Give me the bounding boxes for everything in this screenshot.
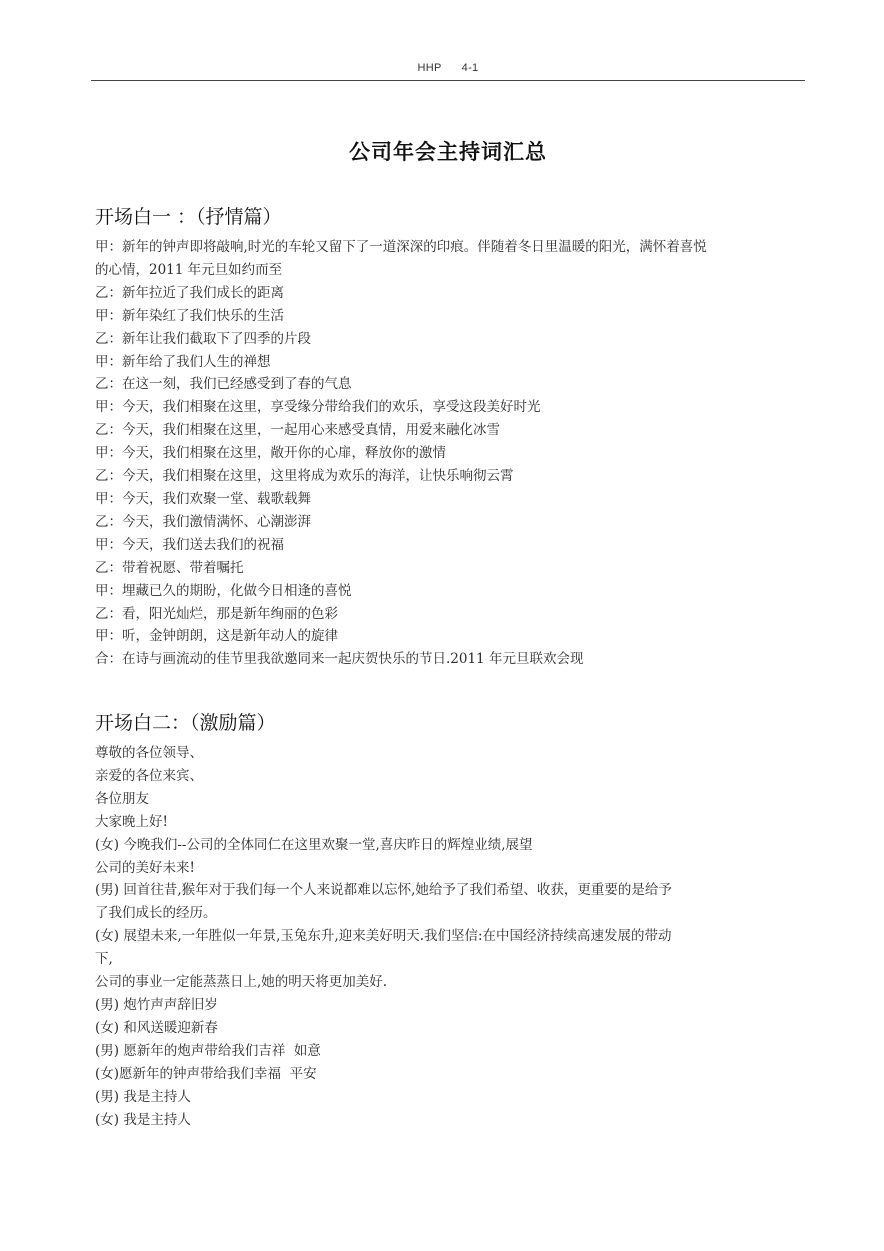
script-line: 合：在诗与画流动的佳节里我欲邀同来一起庆贺快乐的节日.2011 年元旦联欢会现 — [95, 648, 809, 671]
script-line: 乙：新年拉近了我们成长的距离 — [95, 282, 809, 305]
script-line: 了我们成长的经历。 — [95, 902, 809, 925]
script-line: 甲：今天，我们相聚在这里，敞开你的心扉，释放你的激情 — [95, 442, 809, 465]
script-line: 甲：新年染红了我们快乐的生活 — [95, 305, 809, 328]
script-line: (男) 愿新年的炮声带给我们吉祥 如意 — [95, 1040, 809, 1063]
script-line: 乙：今天，我们相聚在这里，这里将成为欢乐的海洋，让快乐响彻云霄 — [95, 465, 809, 488]
script-line: (女) 展望未来,一年胜似一年景,玉兔东升,迎来美好明天.我们坚信:在中国经济持… — [95, 925, 809, 948]
script-line: 乙：今天，我们相聚在这里，一起用心来感受真情，用爱来融化冰雪 — [95, 419, 809, 442]
script-line: 大家晚上好! — [95, 811, 809, 834]
document-title: 公司年会主持词汇总 — [91, 136, 805, 166]
header-right-text: 4-1 — [462, 62, 479, 74]
script-line: 各位朋友 — [95, 788, 809, 811]
script-line: 甲：埋藏已久的期盼，化做今日相逢的喜悦 — [95, 580, 809, 603]
header-left-text: HHP — [418, 62, 442, 74]
script-line: 乙：在这一刻，我们已经感受到了春的气息 — [95, 373, 809, 396]
script-line: 下, — [95, 948, 809, 971]
script-line: (男) 我是主持人 — [95, 1086, 809, 1109]
section-opening-2: 开场白二：（激励篇） 尊敬的各位领导、 亲爱的各位来宾、 各位朋友 大家晚上好!… — [95, 708, 809, 1131]
script-line: (男) 炮竹声声辞旧岁 — [95, 994, 809, 1017]
script-line: (女) 和风送暖迎新春 — [95, 1017, 809, 1040]
script-line: (男) 回首往昔,猴年对于我们每一个人来说都难以忘怀,她给予了我们希望、收获，更… — [95, 879, 809, 902]
script-line: 乙：带着祝愿、带着嘱托 — [95, 557, 809, 580]
script-line: 公司的美好未来! — [95, 857, 809, 880]
script-line: 甲：听，金钟朗朗，这是新年动人的旋律 — [95, 625, 809, 648]
script-line: (女) 今晚我们--公司的全体同仁在这里欢聚一堂,喜庆昨日的辉煌业绩,展望 — [95, 834, 809, 857]
script-line: 的心情，2011 年元旦如约而至 — [95, 259, 809, 282]
script-line: 乙：新年让我们截取下了四季的片段 — [95, 328, 809, 351]
header-divider — [91, 80, 805, 81]
script-line: 乙：今天，我们激情满怀、心潮澎湃 — [95, 511, 809, 534]
script-line: 甲：今天，我们相聚在这里，享受缘分带给我们的欢乐，享受这段美好时光 — [95, 396, 809, 419]
script-line: 公司的事业一定能蒸蒸日上,她的明天将更加美好. — [95, 971, 809, 994]
script-line: 甲：新年的钟声即将敲响,时光的车轮又留下了一道深深的印痕。伴随着冬日里温暖的阳光… — [95, 236, 809, 259]
script-line: 尊敬的各位领导、 — [95, 742, 809, 765]
script-line: 甲：新年给了我们人生的禅想 — [95, 351, 809, 374]
section-opening-1: 开场白一 ：（抒情篇） 甲：新年的钟声即将敲响,时光的车轮又留下了一道深深的印痕… — [95, 202, 809, 671]
section-heading: 开场白二：（激励篇） — [95, 708, 809, 738]
section-body: 甲：新年的钟声即将敲响,时光的车轮又留下了一道深深的印痕。伴随着冬日里温暖的阳光… — [95, 236, 809, 671]
script-line: (女) 我是主持人 — [95, 1109, 809, 1132]
script-line: 亲爱的各位来宾、 — [95, 765, 809, 788]
script-line: 甲：今天，我们送去我们的祝福 — [95, 534, 809, 557]
page-header: HHP4-1 — [91, 62, 805, 74]
script-line: 甲：今天，我们欢聚一堂、载歌载舞 — [95, 488, 809, 511]
script-line: (女)愿新年的钟声带给我们幸福 平安 — [95, 1063, 809, 1086]
section-body: 尊敬的各位领导、 亲爱的各位来宾、 各位朋友 大家晚上好! (女) 今晚我们--… — [95, 742, 809, 1131]
section-heading: 开场白一 ：（抒情篇） — [95, 202, 809, 232]
script-line: 乙：看，阳光灿烂，那是新年绚丽的色彩 — [95, 603, 809, 626]
